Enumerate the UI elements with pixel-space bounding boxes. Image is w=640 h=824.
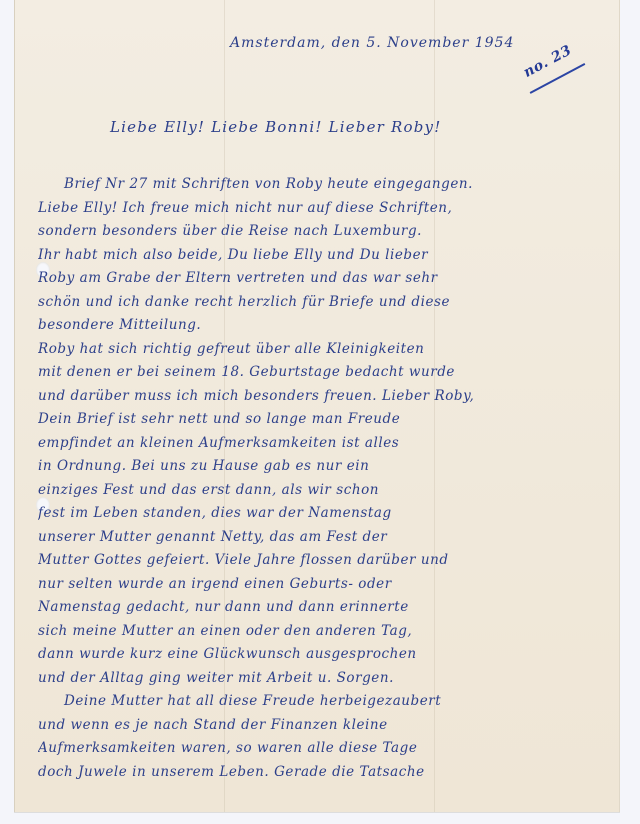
body-line: unserer Mutter genannt Netty, das am Fes… — [38, 526, 608, 550]
body-line: schön und ich danke recht herzlich für B… — [38, 291, 608, 315]
body-line: Deine Mutter hat all diese Freude herbei… — [38, 690, 608, 714]
place-date: Amsterdam, den 5. November 1954 — [230, 36, 514, 50]
body-line: Namenstag gedacht, nur dann und dann eri… — [38, 596, 608, 620]
body-line: Ihr habt mich also beide, Du liebe Elly … — [38, 244, 608, 268]
body-line: doch Juwele in unserem Leben. Gerade die… — [38, 761, 608, 785]
body-line: und der Alltag ging weiter mit Arbeit u.… — [38, 667, 608, 691]
body-line: sich meine Mutter an einen oder den ande… — [38, 620, 608, 644]
body-line: mit denen er bei seinem 18. Geburtstage … — [38, 361, 608, 385]
body-line: und wenn es je nach Stand der Finanzen k… — [38, 714, 608, 738]
body-line: Roby hat sich richtig gefreut über alle … — [38, 338, 608, 362]
body-line: empfindet an kleinen Aufmerksamkeiten is… — [38, 432, 608, 456]
salutation: Liebe Elly! Liebe Bonni! Lieber Roby! — [110, 120, 441, 135]
letter-body: Brief Nr 27 mit Schriften von Roby heute… — [38, 173, 608, 784]
body-line: fest im Leben standen, dies war der Name… — [38, 502, 608, 526]
body-line: einziges Fest und das erst dann, als wir… — [38, 479, 608, 503]
body-line: Dein Brief ist sehr nett und so lange ma… — [38, 408, 608, 432]
body-line: Liebe Elly! Ich freue mich nicht nur auf… — [38, 197, 608, 221]
body-line: Aufmerksamkeiten waren, so waren alle di… — [38, 737, 608, 761]
body-line: dann wurde kurz eine Glückwunsch ausgesp… — [38, 643, 608, 667]
body-line: nur selten wurde an irgend einen Geburts… — [38, 573, 608, 597]
body-line: Mutter Gottes gefeiert. Viele Jahre flos… — [38, 549, 608, 573]
body-line: besondere Mitteilung. — [38, 314, 608, 338]
body-line: und darüber muss ich mich besonders freu… — [38, 385, 608, 409]
body-line: sondern besonders über die Reise nach Lu… — [38, 220, 608, 244]
body-line: Brief Nr 27 mit Schriften von Roby heute… — [38, 173, 608, 197]
body-line: Roby am Grabe der Eltern vertreten und d… — [38, 267, 608, 291]
body-line: in Ordnung. Bei uns zu Hause gab es nur … — [38, 455, 608, 479]
